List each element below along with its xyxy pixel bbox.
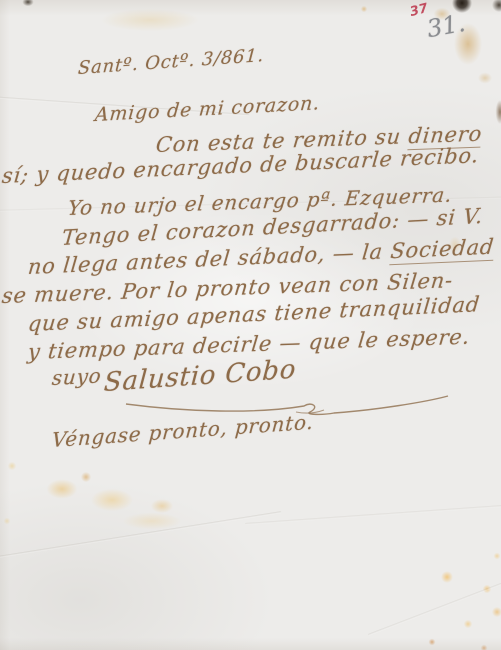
- body-line-5-underlined-word: Sociedad: [389, 235, 495, 266]
- letter-scan: 37 31. Santº. Octº. 3/861. Amigo de mi c…: [0, 0, 501, 650]
- letter-closing: suyo: [51, 363, 103, 390]
